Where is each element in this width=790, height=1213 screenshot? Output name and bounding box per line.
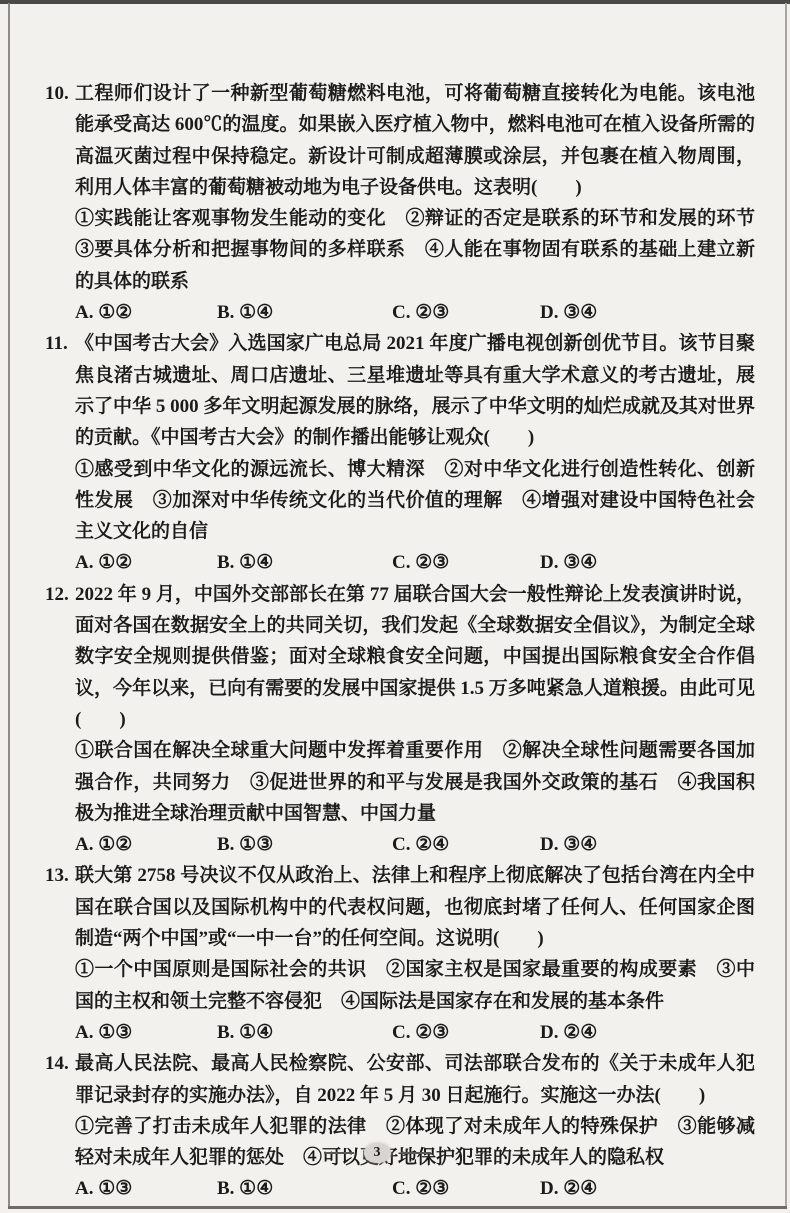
question-stem: 2022 年 9 月，中国外交部部长在第 77 届联合国大会一般性辩论上发表演讲… <box>75 579 755 735</box>
page-number: 3 <box>374 1145 381 1161</box>
question-14: 14. 最高人民法院、最高人民检察院、公安部、司法部联合发布的《关于未成年人犯罪… <box>45 1048 755 1204</box>
choice-d: D. ③④ <box>540 829 755 860</box>
question-statements: ①感受到中华文化的源远流长、博大精深 ②对中华文化进行创造性转化、创新性发展 ③… <box>75 454 755 548</box>
choice-c: C. ②③ <box>392 1017 540 1048</box>
choice-c: C. ②③ <box>392 547 540 578</box>
question-choices: A. ①② B. ①④ C. ②③ D. ③④ <box>75 297 755 328</box>
choice-c: C. ②③ <box>392 297 540 328</box>
choice-c: C. ②④ <box>392 829 540 860</box>
question-number: 10. <box>45 78 75 328</box>
choice-b: B. ①④ <box>217 1173 392 1204</box>
question-statements: ①实践能让客观事物发生能动的变化 ②辩证的否定是联系的环节和发展的环节 ③要具体… <box>75 203 755 297</box>
choice-a: A. ①② <box>75 547 217 578</box>
choice-c: C. ②③ <box>392 1173 540 1204</box>
choice-a: A. ①③ <box>75 1173 217 1204</box>
question-statements: ①一个中国原则是国际社会的共识 ②国家主权是国家最重要的构成要素 ③中国的主权和… <box>75 954 755 1017</box>
question-body: 2022 年 9 月，中国外交部部长在第 77 届联合国大会一般性辩论上发表演讲… <box>75 579 755 861</box>
question-number: 11. <box>45 328 75 578</box>
choice-d: D. ②④ <box>540 1017 755 1048</box>
question-13: 13. 联大第 2758 号决议不仅从政治上、法律上和程序上彻底解决了包括台湾在… <box>45 860 755 1048</box>
question-choices: A. ①③ B. ①④ C. ②③ D. ②④ <box>75 1017 755 1048</box>
question-stem: 最高人民法院、最高人民检察院、公安部、司法部联合发布的《关于未成年人犯罪记录封存… <box>75 1048 755 1111</box>
page-border-top <box>0 0 790 4</box>
question-stem: 联大第 2758 号决议不仅从政治上、法律上和程序上彻底解决了包括台湾在内全中国… <box>75 860 755 954</box>
question-body: 工程师们设计了一种新型葡萄糖燃料电池，可将葡萄糖直接转化为电能。该电池能承受高达… <box>75 78 755 328</box>
question-body: 最高人民法院、最高人民检察院、公安部、司法部联合发布的《关于未成年人犯罪记录封存… <box>75 1048 755 1204</box>
question-number: 12. <box>45 579 75 861</box>
question-10: 10. 工程师们设计了一种新型葡萄糖燃料电池，可将葡萄糖直接转化为电能。该电池能… <box>45 78 755 328</box>
question-choices: A. ①③ B. ①④ C. ②③ D. ②④ <box>75 1173 755 1204</box>
question-stem: 《中国考古大会》入选国家广电总局 2021 年度广播电视创新创优节目。该节目聚焦… <box>75 328 755 453</box>
choice-b: B. ①③ <box>217 829 392 860</box>
choice-d: D. ②④ <box>540 1173 755 1204</box>
choice-d: D. ③④ <box>540 547 755 578</box>
page-border-right <box>785 3 787 1208</box>
question-number: 13. <box>45 860 75 1048</box>
question-12: 12. 2022 年 9 月，中国外交部部长在第 77 届联合国大会一般性辩论上… <box>45 579 755 861</box>
question-11: 11. 《中国考古大会》入选国家广电总局 2021 年度广播电视创新创优节目。该… <box>45 328 755 578</box>
page-border-bottom <box>8 1206 787 1209</box>
question-body: 联大第 2758 号决议不仅从政治上、法律上和程序上彻底解决了包括台湾在内全中国… <box>75 860 755 1048</box>
question-number: 14. <box>45 1048 75 1204</box>
questions-area: 10. 工程师们设计了一种新型葡萄糖燃料电池，可将葡萄糖直接转化为电能。该电池能… <box>45 78 755 1205</box>
question-stem: 工程师们设计了一种新型葡萄糖燃料电池，可将葡萄糖直接转化为电能。该电池能承受高达… <box>75 78 755 203</box>
page-border-left <box>8 3 10 1208</box>
choice-b: B. ①④ <box>217 297 392 328</box>
question-body: 《中国考古大会》入选国家广电总局 2021 年度广播电视创新创优节目。该节目聚焦… <box>75 328 755 578</box>
page-number-badge: 3 <box>364 1143 391 1163</box>
choice-b: B. ①④ <box>217 1017 392 1048</box>
choice-b: B. ①④ <box>217 547 392 578</box>
question-statements: ①联合国在解决全球重大问题中发挥着重要作用 ②解决全球性问题需要各国加强合作，共… <box>75 735 755 829</box>
choice-a: A. ①② <box>75 829 217 860</box>
footer-left-dash <box>324 1152 354 1154</box>
choice-a: A. ①② <box>75 297 217 328</box>
page-footer: 3 <box>0 1143 772 1163</box>
footer-right-dash <box>401 1152 431 1154</box>
question-choices: A. ①② B. ①④ C. ②③ D. ③④ <box>75 547 755 578</box>
question-choices: A. ①② B. ①③ C. ②④ D. ③④ <box>75 829 755 860</box>
choice-a: A. ①③ <box>75 1017 217 1048</box>
exam-page: 10. 工程师们设计了一种新型葡萄糖燃料电池，可将葡萄糖直接转化为电能。该电池能… <box>0 0 790 1213</box>
choice-d: D. ③④ <box>540 297 755 328</box>
